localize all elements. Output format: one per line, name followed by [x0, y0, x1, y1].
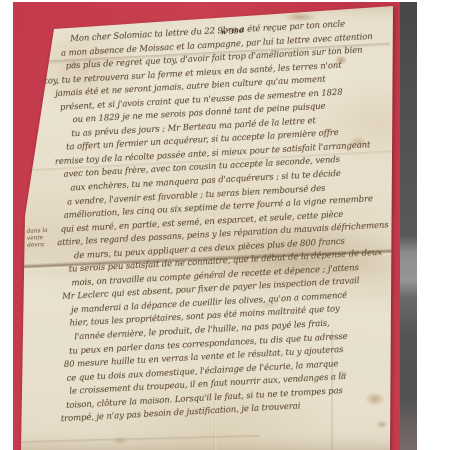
ink-stain	[376, 420, 388, 429]
fold-crease-bottom	[20, 435, 260, 444]
paper-shadow: n°390 dans la vente devra Mon cher Solom…	[0, 0, 450, 450]
letter-photo: n°390 dans la vente devra Mon cher Solom…	[0, 0, 450, 450]
letter-paper: n°390 dans la vente devra Mon cher Solom…	[0, 0, 450, 450]
ink-stain	[112, 436, 128, 445]
letter-lines: Mon cher Solomiac ta lettre du 22 9bre a…	[56, 16, 415, 427]
